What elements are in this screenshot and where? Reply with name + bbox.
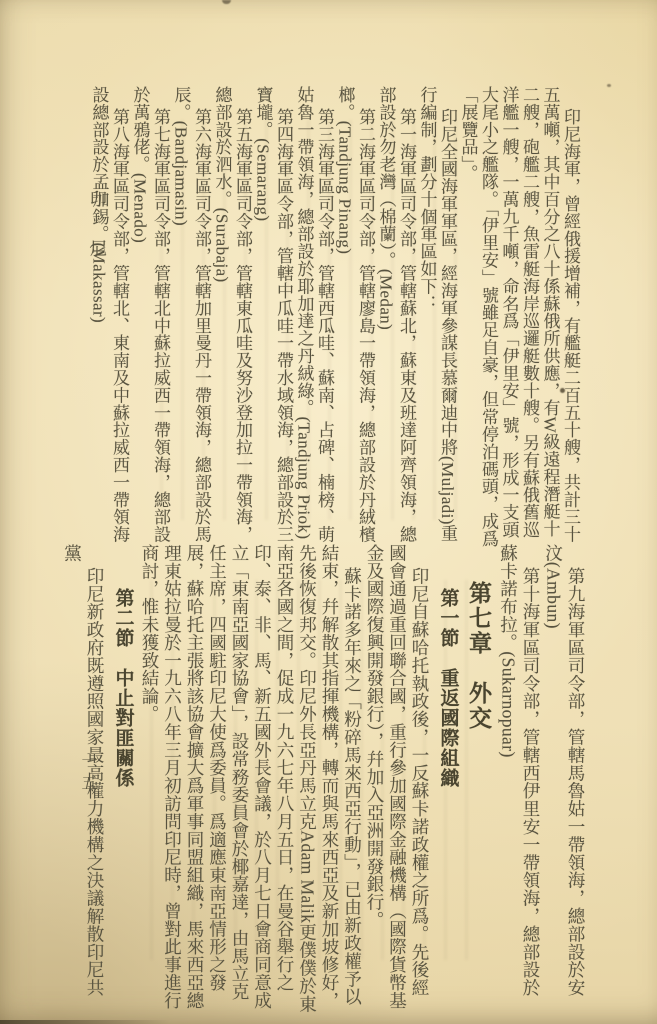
navy-district-item-8: 第八海軍區司令部，管轄北、東南及中蘇拉威西一帶領海設總部設於孟加錫。(Makas… [88, 86, 129, 554]
navy-district-item-9: 第九海軍區司令部，管轄馬魯姑一帶領海，總部設於安汶(Ambun) [542, 544, 587, 1014]
navy-overview-paragraph: 印尼海軍，曾經俄援增補，有艦艇二百五十艘，共計三十五萬噸，其中百分之八十係蘇俄所… [457, 86, 580, 554]
book-page-scan: 印尼 一五 印尼海軍，曾經俄援增補，有艦艇二百五十艘，共計三十五萬噸，其中百分之… [0, 0, 657, 1024]
ink-speck [560, 388, 565, 393]
navy-district-item-6: 第六海軍區司令部，管轄加里曼丹一帶領海，總部設於馬辰。(Bandjamasin) [170, 86, 211, 554]
closing-paragraph: 印尼新政府既遵照國家最高權力機構之決議解散印尼共黨 [61, 544, 106, 1014]
section-1-heading: 第一節 重返國際組織 [436, 544, 459, 1014]
navy-district-item-5: 第五海軍區司令部，管轄東瓜哇及努沙登加拉一帶領海，總部設於泗水。(Surabaj… [211, 86, 252, 554]
scan-edge-shadow [0, 1020, 170, 1024]
navy-district-item-1: 第一海軍區司令部，管轄蘇北，蘇東及班達阿齊領海，總部設於勿老灣（棉蘭）。(Med… [375, 86, 416, 554]
naval-forces-text-block: 印尼海軍，曾經俄援增補，有艦艇二百五十艘，共計三十五萬噸，其中百分之八十係蘇俄所… [102, 86, 580, 554]
navy-district-item-4: 第四海軍區令部，管轄中瓜哇一帶水域領海，總部設於三寶壠。(Semarang) [252, 86, 293, 554]
section-2-heading: 第二節 中止對匪關係 [111, 544, 134, 1014]
navy-district-item-7: 第七海軍區司令部，管轄北中蘇拉威西一帶領海，總部設於萬鴉佬。(Menado) [129, 86, 170, 554]
navy-district-item-2: 第二海軍區司令部，管轄廖島一帶領海，總部設於丹絨檳榔。(Tandjung Pin… [334, 86, 375, 554]
foreign-affairs-text-block: 第九海軍區司令部，管轄馬魯姑一帶領海，總部設於安汶(Ambun) 第十海軍區司令… [91, 544, 587, 1014]
navy-district-item-10: 第十海軍區司令部，管轄西伊里安一帶領海，總部設於蘇卡諾布拉。(Sukarnopu… [497, 544, 542, 1014]
foreign-affairs-paragraph-1: 印尼自蘇哈托執政後，一反蘇卡諾政權之所爲。先後經國會通過重回聯合國，重行參加國際… [364, 544, 432, 1014]
navy-districts-intro: 印尼全國海軍軍區，經海軍參謀長慕爾迪中將(Muljadi)重行編制，劃分十個軍區… [416, 86, 457, 554]
ink-speck [607, 84, 611, 87]
foreign-affairs-paragraph-2: 蘇卡諾多年來之「粉碎馬來西亞行動」，已由新政權予以結束，幷解散其指揮機構，轉而與… [139, 544, 364, 1014]
scan-edge-mark [222, 0, 231, 4]
chapter-heading: 第七章 外交 [467, 544, 490, 1014]
navy-district-item-3: 第三海軍區司令部，管轄西瓜哇、蘇南、占碑、楠榜、萌姑魯一帶領海，總部設於耶加達之… [293, 86, 334, 554]
